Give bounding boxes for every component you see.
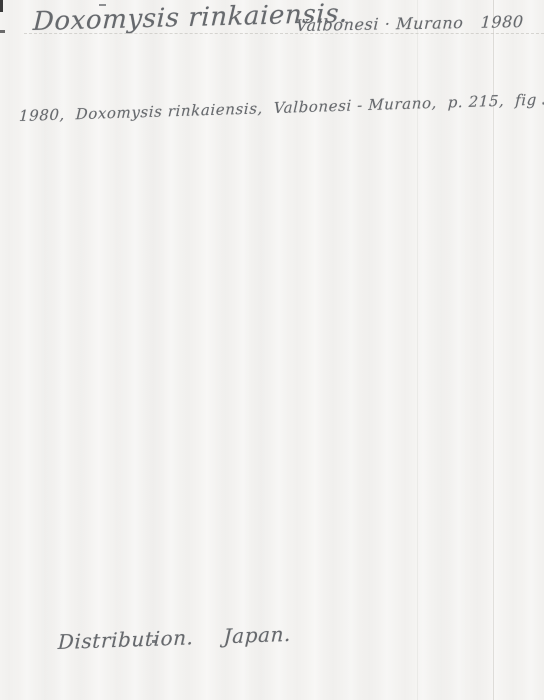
citation-line: 1980, Doxomysis rinkaiensis, Valbonesi -… xyxy=(19,89,544,125)
scan-edge-artifact xyxy=(0,0,3,12)
authority-year-text: Valbonesi · Murano 1980 xyxy=(296,12,525,35)
distribution-value: Japan. xyxy=(223,622,291,648)
distribution-line: Distribution.Japan. xyxy=(29,598,293,679)
distribution-label: Distribution. xyxy=(57,625,194,654)
scanned-card: Doxomysis rinkaiensis. Valbonesi · Muran… xyxy=(0,0,544,700)
scan-edge-artifact xyxy=(0,30,5,33)
handwriting-gap xyxy=(193,643,223,644)
